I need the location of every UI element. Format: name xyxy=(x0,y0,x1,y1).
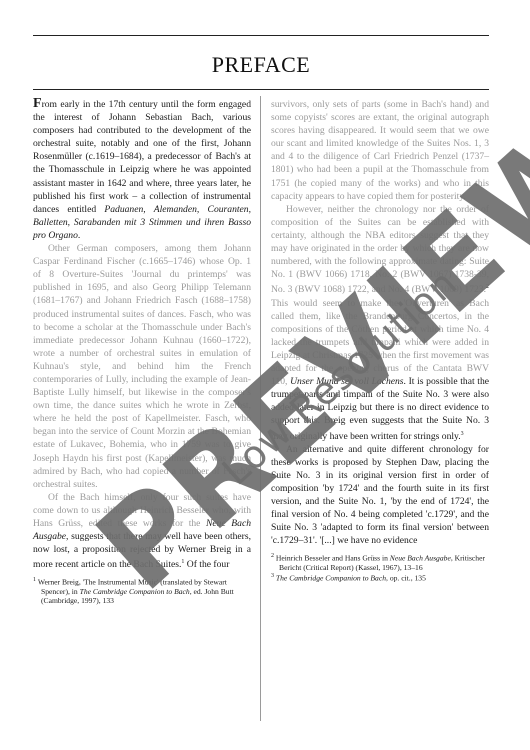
footnote-italic: The Cambridge Companion to Bach xyxy=(276,574,386,583)
paragraph-5: However, neither the chronology nor the … xyxy=(271,203,489,443)
footnote-number: 2 xyxy=(271,553,274,559)
paragraph-text: Other German composers, among them Johan… xyxy=(33,243,251,490)
footnote-number: 3 xyxy=(271,573,274,579)
paragraph-text: survivors, only sets of parts (some in B… xyxy=(271,99,489,202)
footnote-italic: The Cambridge Companion to Bach xyxy=(80,587,190,596)
paragraph-text: However, neither the chronology nor the … xyxy=(271,204,489,296)
header-rule-top xyxy=(33,35,489,36)
paragraph-text: rom early in the 17th century until the … xyxy=(33,99,251,215)
left-column: From early in the 17th century until the… xyxy=(33,98,251,606)
column-divider xyxy=(260,96,261,721)
footnote-ref: 3 xyxy=(461,431,464,437)
paragraph-1: From early in the 17th century until the… xyxy=(33,98,251,242)
header-rule-bottom xyxy=(33,89,489,90)
drop-cap: F xyxy=(33,96,42,111)
paragraph-text: This would seem to make the 'Ouverturen'… xyxy=(271,298,489,388)
footnote-text: , op. cit., 135 xyxy=(386,574,426,583)
paragraph-text: Of the four xyxy=(184,559,229,570)
footnote-number: 1 xyxy=(33,577,36,583)
paragraph-2: Other German composers, among them Johan… xyxy=(33,242,251,491)
paragraph-text: An alternative and quite different chron… xyxy=(271,444,489,547)
paragraph-4: survivors, only sets of parts (some in B… xyxy=(271,98,489,203)
footnote-text: Heinrich Besseler and Hans Grüss in xyxy=(276,553,390,562)
footnote-ref: 2 xyxy=(486,284,489,290)
footnote-3: 3 The Cambridge Companion to Bach, op. c… xyxy=(271,572,489,583)
page-title: PREFACE xyxy=(33,52,489,78)
paragraph-3: Of the Bach himself, only four such suit… xyxy=(33,491,251,572)
document-page: PREFACE From early in the 17th century u… xyxy=(0,0,530,750)
paragraph-6: An alternative and quite different chron… xyxy=(271,443,489,548)
footnote-2: 2 Heinrich Besseler and Hans Grüss in Ne… xyxy=(271,552,489,573)
footnote-1: 1 Werner Breig, 'The Instrumental Music'… xyxy=(33,576,251,606)
italic-title: Unser Mund sei voll Lachens xyxy=(290,376,403,387)
paragraph-text: . xyxy=(78,230,80,241)
right-column: survivors, only sets of parts (some in B… xyxy=(271,98,489,583)
footnote-italic: Neue Bach Ausgabe xyxy=(390,553,451,562)
